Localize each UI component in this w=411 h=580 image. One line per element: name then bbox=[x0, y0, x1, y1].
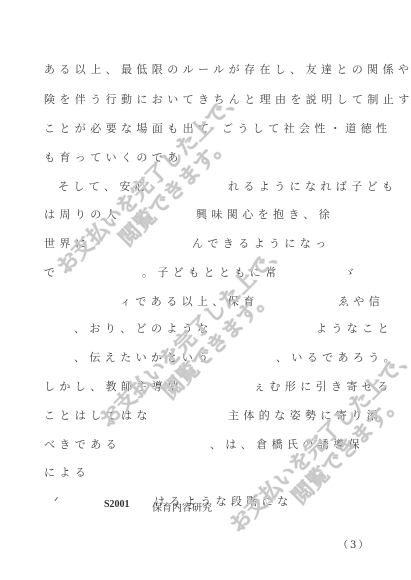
text-segment: ゞ bbox=[344, 266, 359, 280]
text-segment: ᐟ bbox=[54, 495, 63, 509]
course-title: 保育内容研究 bbox=[152, 499, 212, 514]
text-segment: べきである bbox=[44, 438, 121, 452]
page-number: （3） bbox=[338, 536, 370, 551]
text-segment: れるようになれば子ども bbox=[228, 180, 397, 194]
text-segment: ある以上、最低限のルールが存在し、友達との関係や危 bbox=[44, 63, 411, 77]
text-segment: ようなこと bbox=[316, 322, 393, 336]
text-segment: で bbox=[44, 266, 59, 280]
text-segment: 興味関心を抱き、徐 bbox=[196, 208, 334, 222]
text-segment: ゑや信 bbox=[338, 295, 384, 309]
text-segment: による bbox=[44, 466, 90, 480]
course-code: S2001 bbox=[104, 499, 130, 510]
document-page: ある以上、最低限のルールが存在し、友達との関係や危 険を伴う行動においてきちんと… bbox=[0, 0, 411, 580]
